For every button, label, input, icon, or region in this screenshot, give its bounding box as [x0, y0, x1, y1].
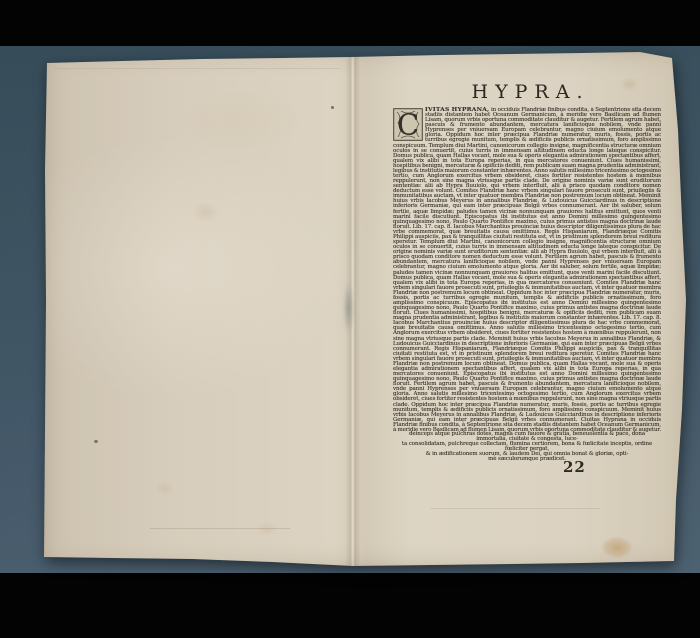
- letterbox-top: [0, 0, 700, 46]
- foxing-stain: [256, 522, 278, 536]
- platemark-line: [54, 68, 340, 69]
- fold-smudge: [343, 282, 354, 334]
- foxing-stain: [156, 482, 174, 495]
- platemark-line: [430, 508, 600, 509]
- body-text: in occiduis Flandriæ finibus condita, à …: [393, 107, 661, 432]
- foxing-stain: [602, 537, 632, 558]
- paper-spread: HYPRA. C IVITAS HYPRANA, in occiduis Fla…: [42, 50, 690, 568]
- closing-taper: deinceps atque pulchras dotes, magna cum…: [393, 432, 661, 462]
- svg-text:C: C: [397, 108, 419, 141]
- body-text-block: C IVITAS HYPRANA, in occiduis Flandriæ f…: [393, 107, 661, 432]
- woodcut-initial-icon: C: [393, 108, 423, 141]
- page-number: 22: [563, 458, 586, 476]
- platemark-line: [150, 528, 290, 529]
- closing-line: mè sæculorumque prædicet.: [393, 457, 661, 462]
- foxing-stain: [182, 90, 302, 150]
- ink-speck: [94, 440, 98, 443]
- document-sheet: HYPRA. C IVITAS HYPRANA, in occiduis Fla…: [42, 50, 690, 568]
- photograph: HYPRA. C IVITAS HYPRANA, in occiduis Fla…: [0, 0, 700, 638]
- ink-speck: [331, 106, 334, 109]
- drop-cap-initial: C: [393, 108, 423, 141]
- foxing-stain: [192, 202, 218, 222]
- letterbox-bottom: [0, 573, 700, 638]
- page-title: HYPRA.: [393, 81, 661, 103]
